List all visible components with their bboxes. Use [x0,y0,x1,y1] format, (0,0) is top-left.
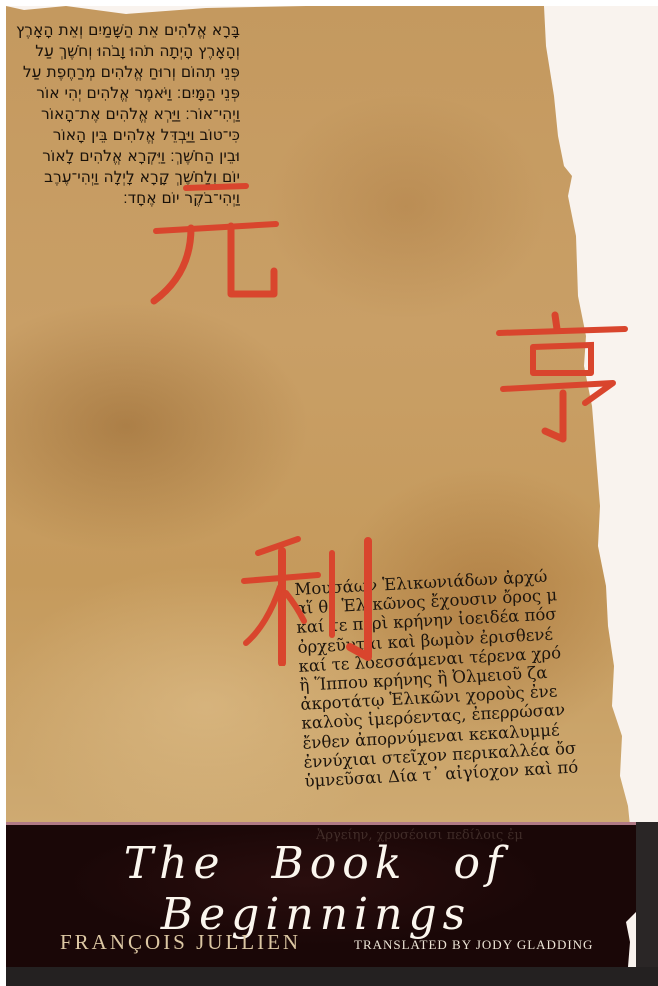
hebrew-line: כִּי־טוֹב וַיַּבְדֵּל אֱלֹהִים בֵּין הָא… [10,125,240,146]
author-name: FRANÇOIS JULLIEN [60,930,301,955]
bottom-strip [6,967,658,986]
chinese-character-heng [493,311,633,446]
hebrew-line: פְּנֵי הַמָּיִם׃ וַיֹּאמֶר אֱלֹהִים יְהִ… [10,83,240,104]
hebrew-line: פְּנֵי תְהוֹם וְרוּחַ אֱלֹהִים מְרַחֶפֶת… [10,62,240,83]
translator-credit: TRANSLATED BY JODY GLADDING [354,937,593,953]
hebrew-line: בָּרָא אֱלֹהִים אֵת הַשָּׁמַיִם וְאֵת הָ… [10,20,240,41]
hebrew-line: וּבֵין הַחֹשֶׁךְ׃ וַיִּקְרָא אֱלֹהִים לָ… [10,146,240,167]
book-title: The Book of Beginnings [6,838,626,940]
title-band-divider [6,822,636,825]
hebrew-line: וְהָאָרֶץ הָיְתָה תֹהוּ וָבֹהוּ וְחֹשֶׁך… [10,41,240,62]
book-cover: בָּרָא אֱלֹהִים אֵת הַשָּׁמַיִם וְאֵת הָ… [6,6,658,986]
hebrew-line: וַיְהִי־אוֹר׃ וַיַּרְא אֱלֹהִים אֶת־הָאו… [10,104,240,125]
right-edge-strip [636,822,658,967]
chinese-character-yuan [146,176,286,306]
chinese-character-li [238,531,388,666]
